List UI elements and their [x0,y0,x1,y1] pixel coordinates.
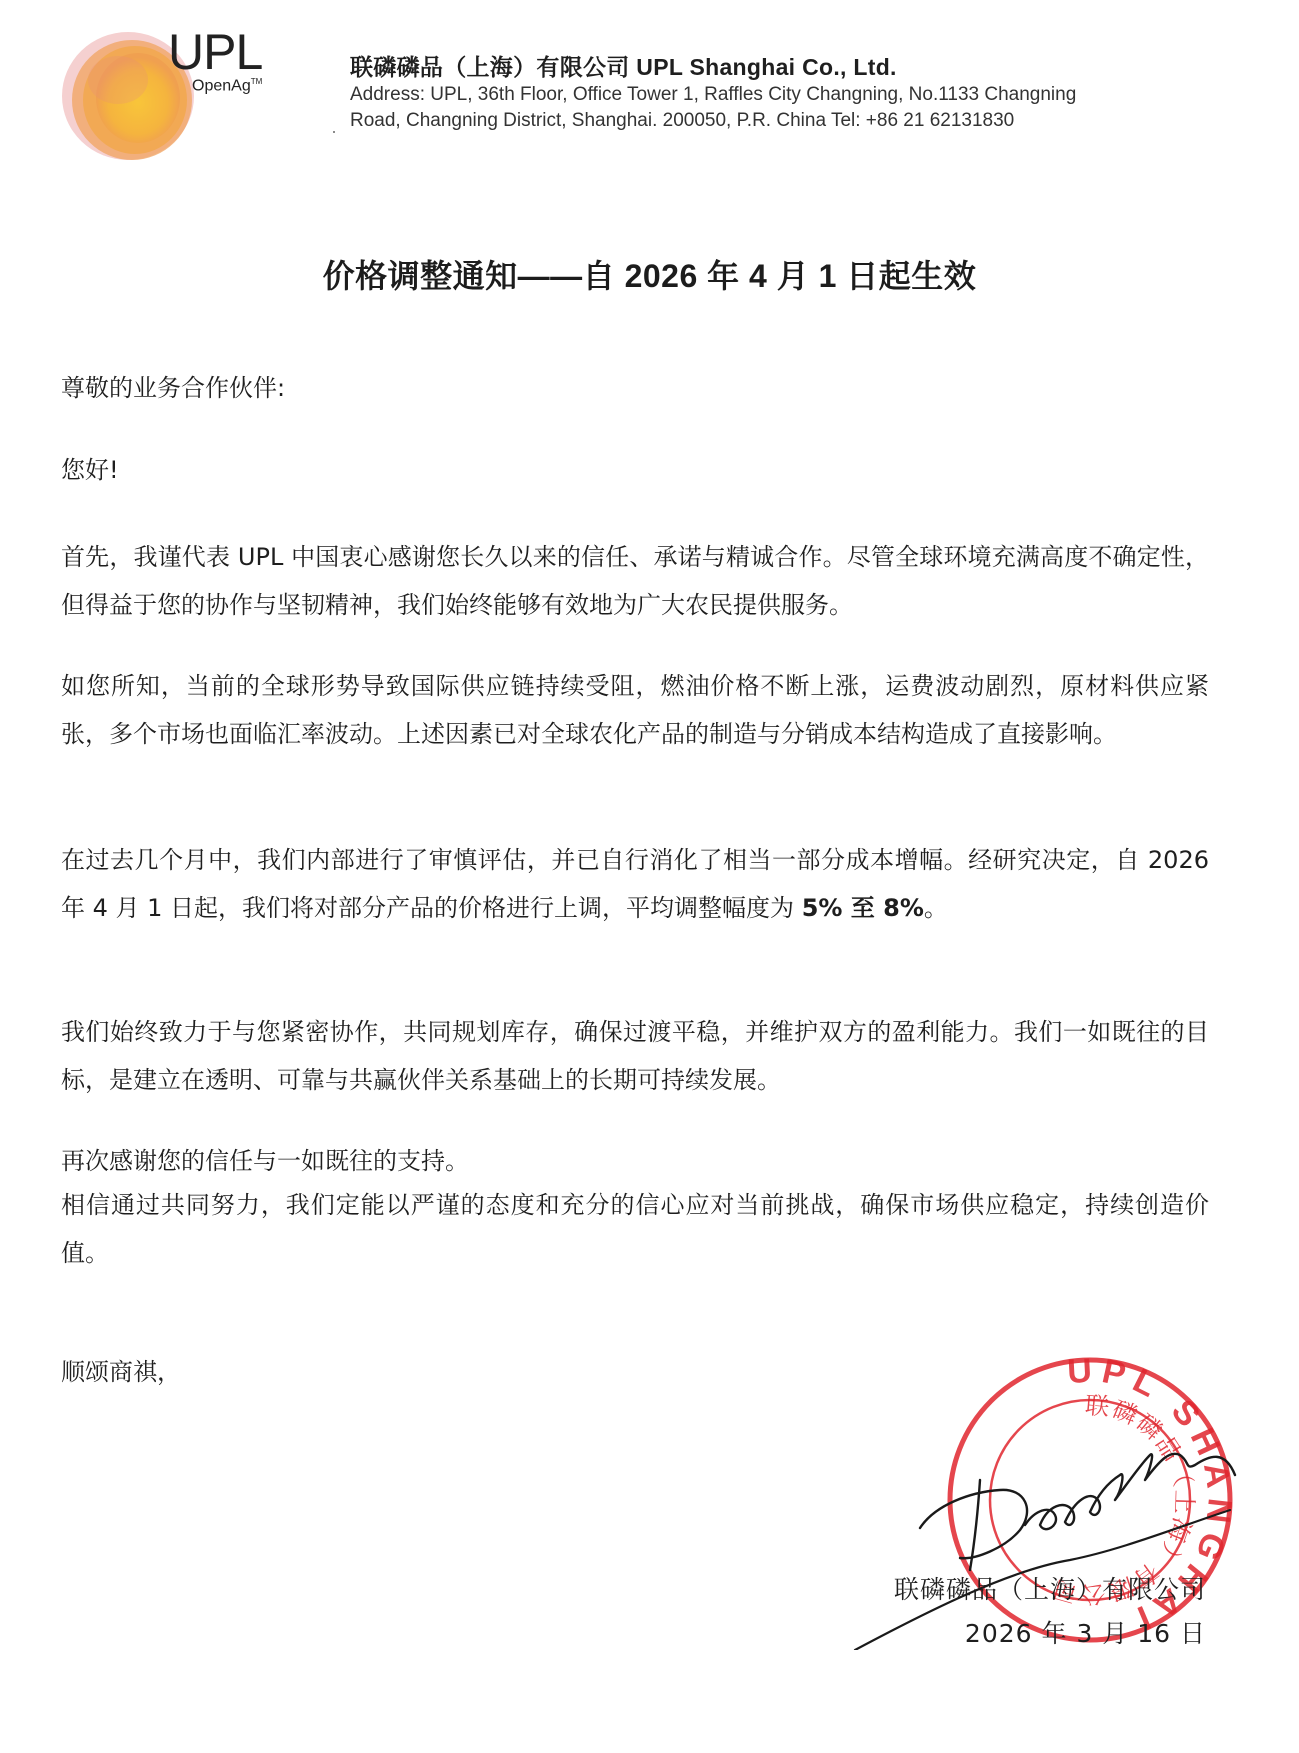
paragraph-thanks-line-2: 相信通过共同努力，我们定能以严谨的态度和充分的信心应对当前挑战，确保市场供应稳定… [61,1181,1209,1277]
company-name: 联磷磷品（上海）有限公司 UPL Shanghai Co., Ltd. [350,52,1250,82]
signature-date: 2026 年 3 月 16 日 [965,1614,1206,1650]
letter-page: UPL OpenAgTM 联磷磷品（上海）有限公司 UPL Shanghai C… [0,0,1299,1753]
logo-tagline-text: OpenAg [192,77,251,94]
document-title: 价格调整通知——自 2026 年 4 月 1 日起生效 [0,251,1299,297]
trademark-mark: TM [251,77,263,86]
paragraph-commitment: 我们始终致力于与您紧密协作，共同规划库存，确保过渡平稳，并维护双方的盈利能力。我… [61,1008,1209,1104]
logo-wordmark: UPL [168,27,262,77]
scan-speck [333,131,335,133]
range-high: 8% [883,894,924,922]
price-adjustment-text: 在过去几个月中，我们内部进行了审慎评估，并已自行消化了相当一部分成本增幅。经研究… [61,846,1209,922]
address-line-2: Road, Changning District, Shanghai. 2000… [350,108,1250,134]
letterhead-company-block: 联磷磷品（上海）有限公司 UPL Shanghai Co., Ltd. Addr… [350,52,1250,134]
signatory-company: 联磷磷品（上海）有限公司 [894,1570,1206,1606]
paragraph-end-mark: 。 [924,894,948,922]
range-connector: 至 [842,894,883,922]
paragraph-market-conditions: 如您所知，当前的全球形势导致国际供应链持续受阻，燃油价格不断上涨，运费波动剧烈，… [61,662,1209,758]
upl-logo: UPL OpenAgTM [55,25,255,165]
salutation: 尊敬的业务合作伙伴: [61,364,1209,412]
paragraph-gratitude: 首先，我谨代表 UPL 中国衷心感谢您长久以来的信任、承诺与精诚合作。尽管全球环… [61,533,1209,629]
paragraph-thanks-line-1: 再次感谢您的信任与一如既往的支持。 [61,1137,1209,1185]
greeting: 您好! [61,446,1209,494]
range-low: 5% [802,894,843,922]
address-line-1: Address: UPL, 36th Floor, Office Tower 1… [350,82,1250,108]
paragraph-price-adjustment: 在过去几个月中，我们内部进行了审慎评估，并已自行消化了相当一部分成本增幅。经研究… [61,836,1209,932]
logo-tagline: OpenAgTM [192,77,262,95]
